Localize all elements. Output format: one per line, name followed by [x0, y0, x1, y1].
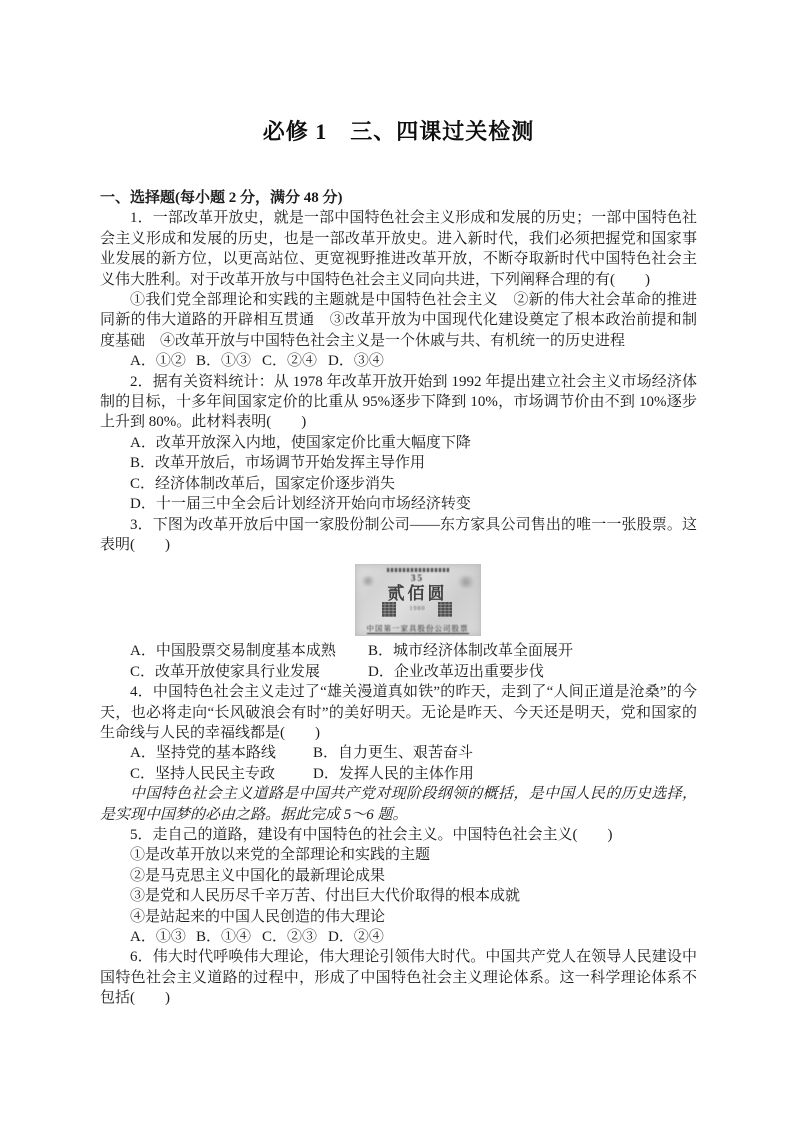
question-4: 4．中国特色社会主义走过了“雄关漫道真如铁”的昨天，走到了“人间正道是沧桑”的今… [100, 682, 697, 784]
question-3-option-c: C．改革开放使家具行业发展 [130, 662, 368, 682]
question-5: 5．走自己的道路，建设有中国特色的社会主义。中国特色社会主义( ) ①是改革开放… [100, 825, 697, 947]
question-5-subitem-4: ④是站起来的中国人民创造的伟大理论 [100, 907, 697, 927]
question-3-option-a: A．中国股票交易制度基本成熟 [130, 641, 368, 661]
stock-certificate-image: 35 贰佰圆 1980 中国第一家具股份公司股票 [355, 564, 481, 636]
question-4-options-row-2: C．坚持人民民主专政D．发挥人民的主体作用 [100, 764, 697, 784]
question-5-subitem-1: ①是改革开放以来党的全部理论和实践的主题 [100, 845, 697, 865]
exam-paper-page: 必修 1 三、四课过关检测 一、选择题(每小题 2 分，满分 48 分) 1．一… [0, 0, 793, 1122]
reading-passage: 中国特色社会主义道路是中国共产党对现阶段纲领的概括，是中国人民的历史选择，是实现… [100, 784, 697, 825]
question-4-options-row-1: A．坚持党的基本路线B．自力更生、艰苦奋斗 [100, 743, 697, 763]
question-1-option-b: B．①③ [196, 351, 262, 371]
question-5-option-c: C．②③ [262, 927, 328, 947]
seal-stamp-right [438, 602, 452, 617]
question-1: 1．一部改革开放史，就是一部中国特色社会主义形成和发展的历史；一部中国特色社会主… [100, 208, 697, 371]
question-1-option-d: D．③④ [328, 351, 384, 371]
question-5-subitem-2: ②是马克思主义中国化的最新理论成果 [100, 866, 697, 886]
question-4-option-a: A．坚持党的基本路线 [130, 743, 313, 763]
certificate-banner-decoration [387, 568, 449, 572]
certificate-denomination: 贰佰圆 [388, 585, 448, 603]
certificate-number: 35 [411, 574, 424, 583]
page-title: 必修 1 三、四课过关检测 [100, 117, 697, 146]
question-1-option-a: A．①② [130, 351, 196, 371]
seal-stamp-left [382, 602, 396, 617]
question-5-subitem-3: ③是党和人民历尽千辛万苦、付出巨大代价取得的根本成就 [100, 886, 697, 906]
question-2-option-a: A．改革开放深入内地，使国家定价比重大幅度下降 [100, 433, 697, 453]
question-3-option-d: D．企业改革迈出重要步伐 [368, 664, 544, 680]
question-2-option-c: C．经济体制改革后，国家定价逐步消失 [100, 474, 697, 494]
question-1-options: A．①②B．①③C．②④D．③④ [100, 351, 697, 371]
question-4-option-b: B．自力更生、艰苦奋斗 [313, 745, 473, 761]
question-5-options: A．①③B．①④C．②③D．②④ [100, 927, 697, 947]
question-5-stem: 5．走自己的道路，建设有中国特色的社会主义。中国特色社会主义( ) [100, 825, 697, 845]
question-4-option-d: D．发挥人民的主体作用 [313, 766, 474, 782]
question-3-stem: 3．下图为改革开放后中国一家股份制公司——东方家具公司售出的唯一一张股票。这表明… [100, 515, 697, 556]
question-5-option-a: A．①③ [130, 927, 196, 947]
section-heading: 一、选择题(每小题 2 分，满分 48 分) [100, 188, 697, 208]
question-3-option-b: B．城市经济体制改革全面展开 [368, 643, 573, 659]
question-2-option-d: D．十一届三中全会后计划经济开始向市场经济转变 [100, 494, 697, 514]
certificate-caption: 中国第一家具股份公司股票 [367, 624, 469, 634]
question-1-option-c: C．②④ [262, 351, 328, 371]
question-3-options-row-2: C．改革开放使家具行业发展D．企业改革迈出重要步伐 [100, 662, 697, 682]
question-4-option-c: C．坚持人民民主专政 [130, 764, 313, 784]
question-2-option-b: B．改革开放后，市场调节开始发挥主导作用 [100, 453, 697, 473]
question-3-options-row-1: A．中国股票交易制度基本成熟B．城市经济体制改革全面展开 [100, 641, 697, 661]
question-3: 3．下图为改革开放后中国一家股份制公司——东方家具公司售出的唯一一张股票。这表明… [100, 515, 697, 683]
question-1-subitems: ①我们党全部理论和实践的主题就是中国特色社会主义 ②新的伟大社会革命的推进同新的… [100, 290, 697, 351]
question-6: 6．伟大时代呼唤伟大理论，伟大理论引领伟大时代。中国共产党人在领导人民建设中国特… [100, 947, 697, 1008]
question-5-option-d: D．②④ [328, 927, 384, 947]
question-4-stem: 4．中国特色社会主义走过了“雄关漫道真如铁”的昨天，走到了“人间正道是沧桑”的今… [100, 682, 697, 743]
question-2: 2．据有关资料统计：从 1978 年改革开放开始到 1992 年提出建立社会主义… [100, 372, 697, 515]
question-1-stem: 1．一部改革开放史，就是一部中国特色社会主义形成和发展的历史；一部中国特色社会主… [100, 208, 697, 290]
question-5-option-b: B．①④ [196, 927, 262, 947]
question-6-stem: 6．伟大时代呼唤伟大理论，伟大理论引领伟大时代。中国共产党人在领导人民建设中国特… [100, 947, 697, 1008]
certificate-year: 1980 [410, 606, 426, 612]
question-2-stem: 2．据有关资料统计：从 1978 年改革开放开始到 1992 年提出建立社会主义… [100, 372, 697, 433]
